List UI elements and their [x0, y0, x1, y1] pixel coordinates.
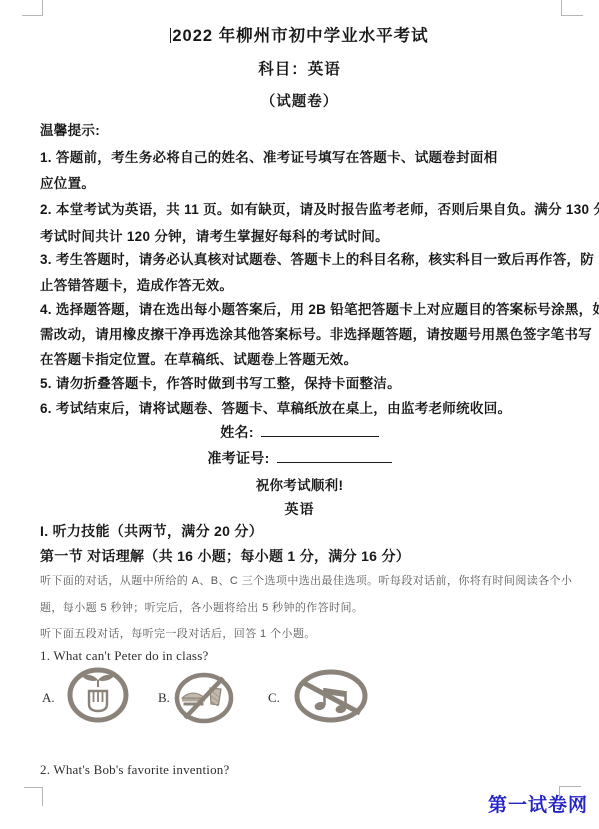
id-label: 准考证号: [207, 450, 269, 466]
notice-heading: 温馨提示: [40, 119, 100, 139]
listening-instruction-line: 题，每小题 5 秒钟；听完后，各小题将给出 5 秒钟的作答时间。 [40, 599, 363, 615]
notice-line: 需改动，请用橡皮擦干净再选涂其他答案标号。非选择题答题，请按题号用黑色签字笔书写 [40, 323, 592, 343]
option-c-label: C. [268, 690, 280, 706]
paper-type: （试题卷） [0, 90, 599, 111]
name-blank-line [261, 423, 379, 437]
corner-mark-bottom-left [24, 787, 43, 806]
hand-sign-icon [66, 666, 130, 724]
notice-line: 4. 选择题答题，请在选出每小题答案后，用 2B 铅笔把答题卡上对应题目的答案标… [40, 298, 599, 318]
notice-line: 在答题卡指定位置。在草稿纸、试题卷上答题无效。 [40, 348, 357, 368]
name-label: 姓名: [220, 424, 254, 440]
corner-mark-top-right [561, 0, 583, 16]
paper-subject-heading: 英语 [0, 499, 599, 519]
notice-line: 5. 请勿折叠答题卡，作答时做到书写工整，保持卡面整洁。 [40, 372, 401, 392]
exam-paper-page: 2022 年柳州市初中学业水平考试 科目：英语 （试题卷） 温馨提示: 1. 答… [0, 0, 599, 829]
no-eating-icon [174, 672, 234, 724]
notice-line: 应位置。 [40, 172, 95, 192]
listening-instruction-line: 听下面五段对话，每听完一段对话后，回答 1 个小题。 [40, 625, 316, 641]
id-blank-line [277, 449, 392, 463]
notice-line: 止答错答题卡，造成作答无效。 [40, 274, 233, 294]
id-field-row: 准考证号: [0, 448, 599, 468]
option-a-label: A. [42, 690, 55, 706]
exam-title: 2022 年柳州市初中学业水平考试 [0, 22, 599, 46]
question-2-text: 2. What's Bob's favorite invention? [40, 762, 229, 778]
listening-section-title: 第一节 对话理解（共 16 小题；每小题 1 分，满分 16 分） [40, 546, 410, 566]
listening-part-title: I. 听力技能（共两节，满分 20 分） [40, 521, 263, 541]
question-1-options: A. B. C. [40, 660, 570, 755]
watermark-site-name: 第一试卷网 [488, 790, 588, 817]
good-luck-text: 祝你考试顺利! [0, 474, 599, 494]
notice-line: 考试时间共计 120 分钟，请考生掌握好每科的考试时间。 [40, 225, 389, 245]
no-music-icon [293, 669, 369, 723]
notice-line: 2. 本堂考试为英语，共 11 页。如有缺页，请及时报告监考老师，否则后果自负。… [40, 198, 599, 218]
listening-instruction-line: 听下面的对话，从题中所给的 A、B、C 三个选项中选出最佳选项。听每段对话前，你… [40, 572, 572, 588]
subject-line: 科目：英语 [0, 57, 599, 79]
name-field-row: 姓名: [0, 422, 599, 442]
notice-line: 1. 答题前，考生务必将自己的姓名、准考证号填写在答题卡、试题卷封面相 [40, 146, 498, 166]
corner-mark-top-left [22, 0, 43, 16]
notice-line: 6. 考试结束后，请将试题卷、答题卡、草稿纸放在桌上，由监考老师统收回。 [40, 397, 511, 417]
notice-line: 3. 考生答题时，请务必认真核对试题卷、答题卡上的科目名称，核实科目一致后再作答… [40, 248, 594, 268]
option-b-label: B. [158, 690, 170, 706]
